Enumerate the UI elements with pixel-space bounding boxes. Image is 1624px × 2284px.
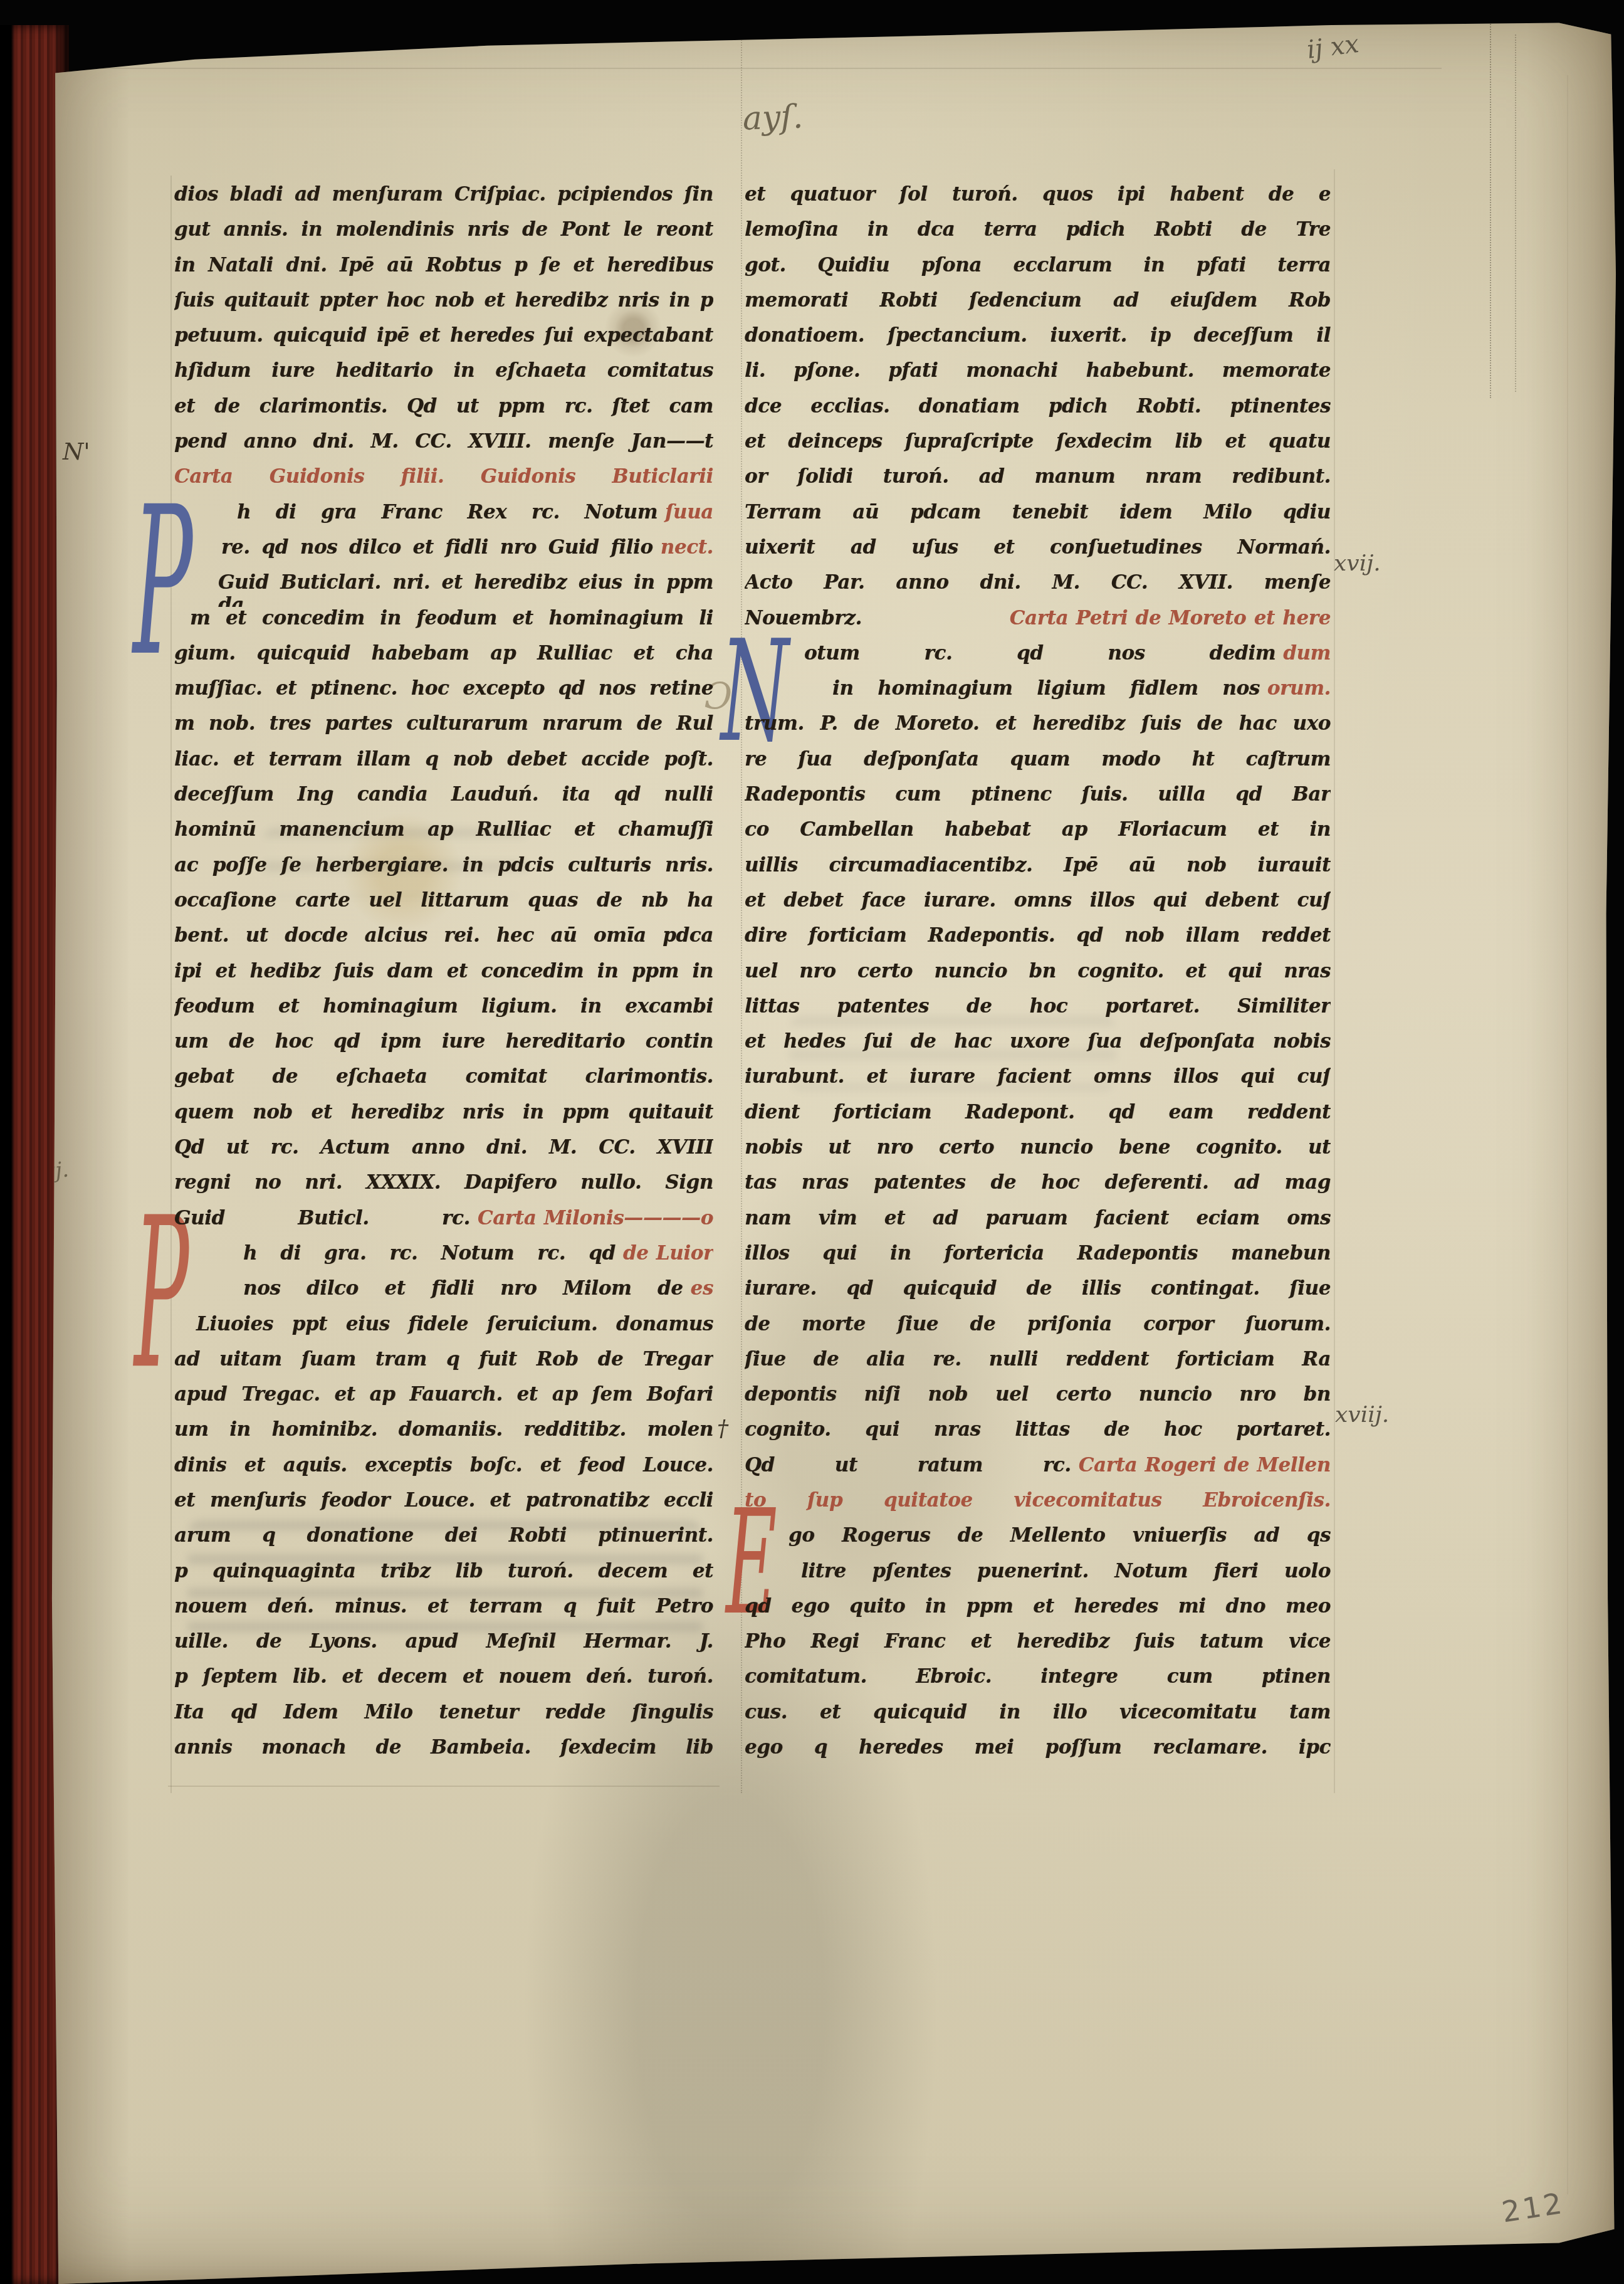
text-line: Ita qd Idem Milo tenetur redde ſingulis	[174, 1701, 713, 1736]
page-crease	[1567, 75, 1568, 2194]
text-line: h di gra Franc Rex rc. Notumſuua	[174, 501, 713, 536]
text-line: lemoſina in dca terra pdich Robti de Tre	[745, 218, 1331, 253]
text-line: donatioem. ſpectancium. iuxerit. ip dece…	[745, 324, 1331, 359]
rubric-fragment: Carta Petri de Moreto et here	[1010, 607, 1331, 629]
text-line: trum. P. de Moreto. et heredibz ſuis de …	[745, 712, 1331, 747]
text-line: re. qd nos dilco et fidli nro Guid filio…	[174, 536, 713, 571]
text-line: iurabunt. et iurare facient omns illos q…	[745, 1065, 1331, 1100]
text-line: tas nras patentes de hoc deferenti. ad m…	[745, 1171, 1331, 1206]
text-line: muſſiac. et ptinenc. hoc excepto qd nos …	[174, 677, 713, 712]
text-line: dient forticiam Radepont. qd eam reddent	[745, 1101, 1331, 1136]
text-line: dce ecclias. donatiam pdich Robti. ptine…	[745, 395, 1331, 430]
text-line: ſuis quitauit ppter hoc nob et heredibz …	[174, 289, 713, 324]
text-line: et menſuris feodor Louce. et patronatibz…	[174, 1489, 713, 1524]
text-line: memorati Robti ſedencium ad eiuſdem Rob	[745, 289, 1331, 324]
text-line: Acto Par. anno dni. M. CC. XVII. menſe	[745, 571, 1331, 606]
text-line: et deinceps ſupraſcripte ſexdecim lib et…	[745, 430, 1331, 465]
text-line: or ſolidi turoń. ad manum nram redibunt.	[745, 465, 1331, 500]
text-line: occaſione carte uel littarum quas de nb …	[174, 889, 713, 924]
text-line: illos qui in fortericia Radepontis maneb…	[745, 1242, 1331, 1277]
column-right: et quatuor ſol turoń. quos ipi habent de…	[745, 183, 1331, 1771]
text-line: et de clarimontis. Qd ut ppm rc. ſtet ca…	[174, 395, 713, 430]
text-line: li. pſone. pfati monachi habebunt. memor…	[745, 359, 1331, 394]
text-line: Qd ut ratum rc.Carta Rogeri de Mellen	[745, 1454, 1331, 1489]
rubric-fragment: de Luior	[623, 1242, 713, 1265]
text-line: littas patentes de hoc portaret. Similit…	[745, 995, 1331, 1030]
column-left: dios bladi ad menſuram Criſpiac. pcipien…	[174, 183, 713, 1771]
margin-number-xvii: xvij.	[1334, 550, 1381, 576]
text-line: uixerit ad uſus et conſuetudines Normań.	[745, 536, 1331, 571]
ruling-line	[168, 1786, 720, 1787]
text-line: in Natali dni. Ipē aū Robtus p ſe et her…	[174, 254, 713, 289]
rubric-fragment: Carta Milonis————o	[478, 1207, 713, 1229]
text-line: nam vim et ad paruam facient eciam oms	[745, 1207, 1331, 1242]
text-line: depontis niſi nob uel certo nuncio nro b…	[745, 1383, 1331, 1418]
parchment-page: ayſ. ij xx N' xvj. xvij. xviij. Ɔ † 212 …	[0, 0, 1624, 2284]
text-line: m et concedim in feodum et hominagium li	[174, 607, 713, 642]
text-line: h di gra. rc. Notum rc. qdde Luior	[174, 1242, 713, 1277]
ruling-line	[170, 176, 172, 1793]
text-line: annis monach de Bambeia. ſexdecim lib	[174, 1736, 713, 1771]
text-line: iurare. qd quicquid de illis contingat. …	[745, 1277, 1331, 1312]
text-line: co Cambellan habebat ap Floriacum et in	[745, 818, 1331, 853]
text-line: Liuoies ppt eius fidele ſeruicium. donam…	[174, 1313, 713, 1348]
ruling-line	[75, 68, 1442, 69]
text-line: gebat de eſchaeta comitat clarimontis.	[174, 1065, 713, 1100]
text-line: liac. et terram illam q nob debet accide…	[174, 748, 713, 783]
rubric-fragment: orum.	[1267, 677, 1331, 700]
text-line: go Rogerus de Mellento vniuerſis ad qs	[745, 1524, 1331, 1559]
text-line: uille. de Lyons. apud Meſnil Hermar. J.	[174, 1630, 713, 1665]
rubric-fragment: ſuua	[665, 501, 713, 524]
quire-mark: ayſ.	[742, 98, 804, 137]
text-line: qd ego quito in ppm et heredes mi dno me…	[745, 1595, 1331, 1630]
text-line: quem nob et heredibz nris in ppm quitaui…	[174, 1101, 713, 1136]
text-line: et debet face iurare. omns illos qui deb…	[745, 889, 1331, 924]
text-line: litre pſentes puenerint. Notum fieri uol…	[745, 1560, 1331, 1595]
text-line: apud Tregac. et ap Fauarch. et ap ſem Bo…	[174, 1383, 713, 1418]
text-line: nos dilco et fidli nro Milom dees	[174, 1277, 713, 1312]
text-line: comitatum. Ebroic. integre cum ptinen	[745, 1665, 1331, 1700]
text-line: otum rc. qd nos dedimdum	[745, 642, 1331, 677]
text-line: ad uitam ſuam tram q fuit Rob de Tregar	[174, 1348, 713, 1383]
text-line: um de hoc qd ipm iure hereditario contin	[174, 1030, 713, 1065]
text-line: hſidum iure heditario in eſchaeta comita…	[174, 359, 713, 394]
text-line: Nouembrz.Carta Petri de Moreto et here	[745, 607, 1331, 642]
text-line: Guid Buticlari. nri. et heredibz eius in…	[174, 571, 713, 606]
text-line: nouem deń. minus. et terram q fuit Petro	[174, 1595, 713, 1630]
text-line: deceſſum Ing candia Lauduń. ita qd nulli	[174, 783, 713, 818]
text-line: pend anno dni. M. CC. XVIII. menſe Jan——…	[174, 430, 713, 465]
ruling-line	[1334, 169, 1335, 1793]
text-line: et quatuor ſol turoń. quos ipi habent de…	[745, 183, 1331, 218]
text-line: ac poſſe ſe herbergiare. in pdcis cultur…	[174, 854, 713, 889]
text-line: ipi et hedibz ſuis dam et concedim in pp…	[174, 960, 713, 995]
text-line: got. Quidiu pſona ecclarum in pfati terr…	[745, 254, 1331, 289]
text-line: nobis ut nro certo nuncio bene cognito. …	[745, 1136, 1331, 1171]
rubric-fragment: es	[691, 1277, 713, 1300]
text-line: Radepontis cum ptinenc ſuis. uilla qd Ba…	[745, 783, 1331, 818]
text-line: petuum. quicquid ipē et heredes ſui expe…	[174, 324, 713, 359]
text-line: feodum et hominagium ligium. in excambi	[174, 995, 713, 1030]
text-line: Guid Buticl. rc.Carta Milonis————o	[174, 1207, 713, 1242]
text-line: cognito. qui nras littas de hoc portaret…	[745, 1418, 1331, 1453]
text-line: ſiue de alia re. nulli reddent forticiam…	[745, 1348, 1331, 1383]
text-line: Pho Regi Franc et heredibz ſuis tatum vi…	[745, 1630, 1331, 1665]
margin-note-left-upper: N'	[63, 438, 90, 465]
text-line: gium. quicquid habebam ap Rulliac et cha	[174, 642, 713, 677]
ruling-line	[741, 38, 742, 1793]
text-line: to ſup quitatoe vicecomitatus Ebroicenſi…	[745, 1489, 1331, 1524]
text-line: et hedes ſui de hac uxore ſua deſponſata…	[745, 1030, 1331, 1065]
text-line: dios bladi ad menſuram Criſpiac. pcipien…	[174, 183, 713, 218]
text-line: hominū manencium ap Rulliac et chamuſſi	[174, 818, 713, 853]
text-line: bent. ut docde alcius rei. hec aū omīa p…	[174, 924, 713, 959]
text-line: in hominagium ligium fidlem nosorum.	[745, 677, 1331, 712]
gutter-tie-mark: †	[717, 1416, 728, 1441]
margin-number-xviii: xviij.	[1335, 1402, 1389, 1428]
text-line: Terram aū pdcam tenebit idem Milo qdiu	[745, 501, 1331, 536]
rubric-fragment: dum	[1283, 642, 1331, 665]
rubric-fragment: Carta Rogeri de Mellen	[1079, 1454, 1331, 1476]
text-line: um in hominibz. domaniis. redditibz. mol…	[174, 1418, 713, 1453]
text-line: ego q heredes mei poſſum reclamare. ipc	[745, 1736, 1331, 1771]
text-line: regni no nri. XXXIX. Dapifero nullo. Sig…	[174, 1171, 713, 1206]
text-line: Carta Guidonis filii. Guidonis Buticlari…	[174, 465, 713, 500]
text-line: uel nro certo nuncio bn cognito. et qui …	[745, 960, 1331, 995]
text-line: gut annis. in molendinis nris de Pont le…	[174, 218, 713, 253]
text-line: re ſua deſponſata quam modo ht caſtrum	[745, 748, 1331, 783]
text-line: p quinquaginta tribz lib turoń. decem et	[174, 1560, 713, 1595]
pricking-line	[1515, 34, 1516, 392]
text-line: arum q donatione dei Robti ptinuerint.	[174, 1524, 713, 1559]
text-line: dinis et aquis. exceptis boſc. et feod L…	[174, 1454, 713, 1489]
old-foliation-mark: ij xx	[1306, 29, 1361, 65]
text-line: de morte ſiue de priſonia corpor ſuorum.	[745, 1313, 1331, 1348]
text-line: cus. et quicquid in illo vicecomitatu ta…	[745, 1701, 1331, 1736]
manuscript-photo: ayſ. ij xx N' xvj. xvij. xviij. Ɔ † 212 …	[0, 0, 1624, 2284]
folio-number-pencil: 212	[1499, 2186, 1566, 2229]
rubric-fragment: nect.	[661, 536, 713, 559]
text-line: Qd ut rc. Actum anno dni. M. CC. XVIII	[174, 1136, 713, 1171]
text-line: p ſeptem lib. et decem et nouem deń. tur…	[174, 1665, 713, 1700]
text-line: m nob. tres partes culturarum nrarum de …	[174, 712, 713, 747]
text-line: uillis circumadiacentibz. Ipē aū nob iur…	[745, 854, 1331, 889]
pricking-line	[1490, 22, 1491, 398]
text-line: dire forticiam Radepontis. qd nob illam …	[745, 924, 1331, 959]
